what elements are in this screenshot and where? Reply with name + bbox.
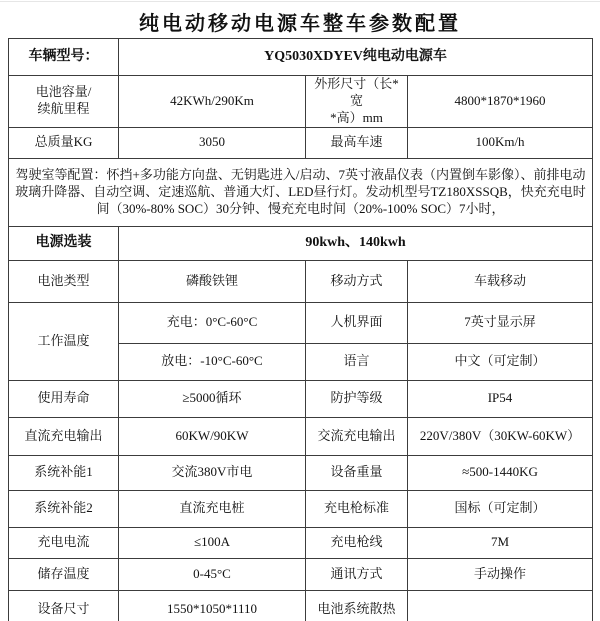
language-label: 语言 (306, 343, 408, 380)
recharge1-value: 交流380V市电 (119, 455, 306, 490)
gross-weight-label: 总质量KG (9, 127, 119, 158)
mobility-label: 移动方式 (306, 260, 408, 302)
battery-capacity-value: 42KWh/290Km (119, 76, 306, 128)
row-recharge2: 系统补能2 直流充电桩 充电枪标准 国标（可定制） (9, 490, 593, 527)
working-temp-charge: 充电：0°C-60°C (119, 302, 306, 343)
working-temp-label: 工作温度 (9, 302, 119, 380)
communication-label: 通讯方式 (306, 558, 408, 590)
max-speed-value: 100Km/h (408, 127, 593, 158)
row-dc-output: 直流充电输出 60KW/90KW 交流充电输出 220V/380V（30KW-6… (9, 417, 593, 455)
dimensions-value: 4800*1870*1960 (408, 76, 593, 128)
working-temp-discharge: 放电：-10°C-60°C (119, 343, 306, 380)
service-life-label: 使用寿命 (9, 380, 119, 417)
device-size-label: 设备尺寸 (9, 590, 119, 621)
row-gross-weight: 总质量KG 3050 最高车速 100Km/h (9, 127, 593, 158)
device-weight-value: ≈500-1440KG (408, 455, 593, 490)
top-divider (0, 1, 600, 2)
row-battery-type: 电池类型 磷酸铁锂 移动方式 车载移动 (9, 260, 593, 302)
row-vehicle-model: 车辆型号： YQ5030XDYEV纯电动电源车 (9, 39, 593, 76)
gun-standard-label: 充电枪标准 (306, 490, 408, 527)
gross-weight-value: 3050 (119, 127, 306, 158)
hmi-label: 人机界面 (306, 302, 408, 343)
battery-cooling-label: 电池系统散热 (306, 590, 408, 621)
charge-current-label: 充电电流 (9, 527, 119, 558)
vehicle-model-value: YQ5030XDYEV纯电动电源车 (119, 39, 593, 76)
dc-output-label: 直流充电输出 (9, 417, 119, 455)
language-value: 中文（可定制） (408, 343, 593, 380)
device-size-value: 1550*1050*1110 (119, 590, 306, 621)
communication-value: 手动操作 (408, 558, 593, 590)
row-battery-capacity: 电池容量/ 续航里程 42KWh/290Km 外形尺寸（长*宽 *高）mm 48… (9, 76, 593, 128)
page-title: 纯电动移动电源车整车参数配置 (0, 7, 600, 36)
hmi-value: 7英寸显示屏 (408, 302, 593, 343)
storage-temp-value: 0-45°C (119, 558, 306, 590)
device-weight-label: 设备重量 (306, 455, 408, 490)
ac-output-value: 220V/380V（30KW-60KW） (408, 417, 593, 455)
cab-config-text: 驾驶室等配置：怀挡+多功能方向盘、无钥匙进入/启动、7英寸液晶仪表（内置倒车影像… (9, 158, 593, 226)
row-service-life: 使用寿命 ≥5000循环 防护等级 IP54 (9, 380, 593, 417)
vehicle-model-label: 车辆型号： (9, 39, 119, 76)
row-charge-current: 充电电流 ≤100A 充电枪线 7M (9, 527, 593, 558)
recharge2-value: 直流充电桩 (119, 490, 306, 527)
gun-cable-value: 7M (408, 527, 593, 558)
recharge1-label: 系统补能1 (9, 455, 119, 490)
power-option-label: 电源选装 (9, 226, 119, 260)
row-device-size: 设备尺寸 1550*1050*1110 电池系统散热 (9, 590, 593, 621)
ac-output-label: 交流充电输出 (306, 417, 408, 455)
storage-temp-label: 储存温度 (9, 558, 119, 590)
power-option-value: 90kwh、140kwh (119, 226, 593, 260)
row-cab-config: 驾驶室等配置：怀挡+多功能方向盘、无钥匙进入/启动、7英寸液晶仪表（内置倒车影像… (9, 158, 593, 226)
battery-type-label: 电池类型 (9, 260, 119, 302)
dimensions-label: 外形尺寸（长*宽 *高）mm (306, 76, 408, 128)
dc-output-value: 60KW/90KW (119, 417, 306, 455)
protection-value: IP54 (408, 380, 593, 417)
battery-type-value: 磷酸铁锂 (119, 260, 306, 302)
battery-cooling-value (408, 590, 593, 621)
row-power-option: 电源选装 90kwh、140kwh (9, 226, 593, 260)
recharge2-label: 系统补能2 (9, 490, 119, 527)
row-recharge1: 系统补能1 交流380V市电 设备重量 ≈500-1440KG (9, 455, 593, 490)
charge-current-value: ≤100A (119, 527, 306, 558)
protection-label: 防护等级 (306, 380, 408, 417)
gun-cable-label: 充电枪线 (306, 527, 408, 558)
gun-standard-value: 国标（可定制） (408, 490, 593, 527)
max-speed-label: 最高车速 (306, 127, 408, 158)
row-storage-temp: 储存温度 0-45°C 通讯方式 手动操作 (9, 558, 593, 590)
service-life-value: ≥5000循环 (119, 380, 306, 417)
spec-table: 车辆型号： YQ5030XDYEV纯电动电源车 电池容量/ 续航里程 42KWh… (8, 38, 593, 621)
row-working-temp-charge: 工作温度 充电：0°C-60°C 人机界面 7英寸显示屏 (9, 302, 593, 343)
mobility-value: 车载移动 (408, 260, 593, 302)
battery-capacity-label: 电池容量/ 续航里程 (9, 76, 119, 128)
